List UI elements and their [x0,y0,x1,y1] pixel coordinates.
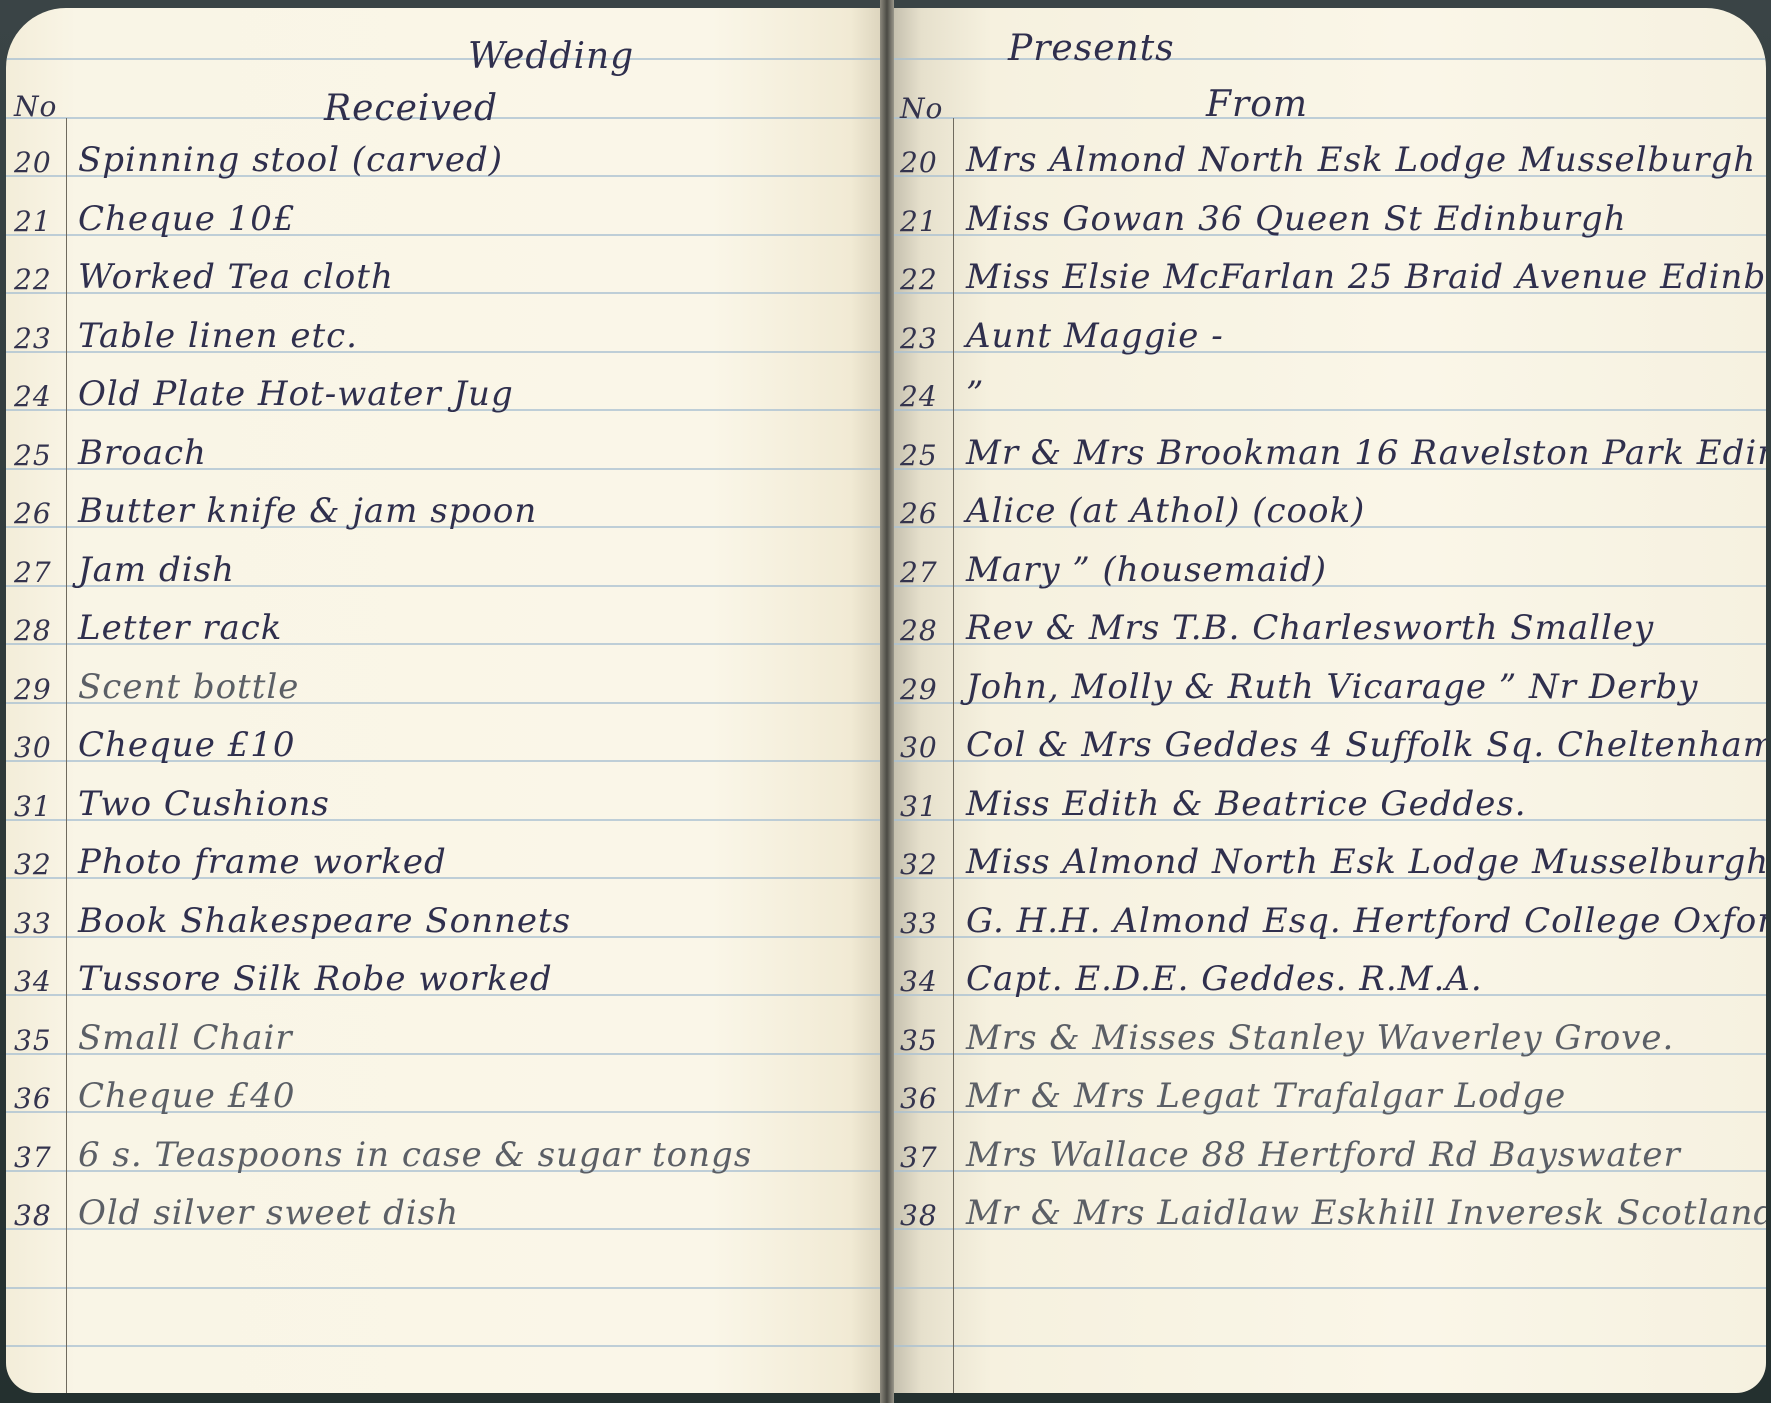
list-item: 22Worked Tea cloth [6,255,886,311]
entry-number: 23 [900,322,938,355]
ruled-line [886,117,1766,119]
entry-number: 29 [14,673,52,706]
entry-number: 27 [14,556,52,589]
gift-description: Two Cushions [78,784,330,824]
entry-number: 36 [14,1082,52,1115]
column-header-no: No [900,92,943,125]
page-title-presents: Presents [1008,28,1175,69]
entry-number: 21 [14,205,52,238]
list-item: 21Cheque 10£ [6,197,886,253]
list-item: 35Mrs & Misses Stanley Waverley Grove. [886,1016,1766,1072]
list-item: 30Col & Mrs Geddes 4 Suffolk Sq. Chelten… [886,723,1766,779]
giver-name-address: Aunt Maggie - [966,316,1224,356]
gift-description: Table linen etc. [78,316,358,356]
gift-description: Cheque £10 [78,725,296,765]
giver-name-address: Mrs Almond North Esk Lodge Musselburgh [966,140,1756,180]
list-item: 32Photo frame worked [6,840,886,896]
list-item: 35Small Chair [6,1016,886,1072]
gift-description: Photo frame worked [78,842,447,882]
entry-number: 34 [14,965,52,998]
list-item: 24Old Plate Hot-water Jug [6,372,886,428]
gift-description: Broach [78,433,207,473]
gift-description: Book Shakespeare Sonnets [78,901,571,941]
list-item: 30Cheque £10 [6,723,886,779]
entry-number: 38 [14,1199,52,1232]
list-item: 33G. H.H. Almond Esq. Hertford College O… [886,899,1766,955]
list-item: 25Broach [6,431,886,487]
giver-name-address: Miss Edith & Beatrice Geddes. [966,784,1527,824]
entry-number: 32 [900,848,938,881]
right-page: Presents No From 20Mrs Almond North Esk … [886,8,1766,1393]
list-item: 23Table linen etc. [6,314,886,370]
gift-description: Old Plate Hot-water Jug [78,374,514,414]
entry-number: 26 [14,497,52,530]
entry-number: 36 [900,1082,938,1115]
list-item: 29John, Molly & Ruth Vicarage ” Nr Derby [886,665,1766,721]
giver-name-address: Miss Almond North Esk Lodge Musselburgh [966,842,1766,882]
ruled-line [886,1345,1766,1347]
list-item: 38Old silver sweet dish [6,1191,886,1247]
list-item: 31Miss Edith & Beatrice Geddes. [886,782,1766,838]
entry-number: 20 [900,146,938,179]
giver-name-address: Mr & Mrs Laidlaw Eskhill Inveresk Scotla… [966,1193,1766,1233]
entry-number: 37 [900,1141,938,1174]
list-item: 26Alice (at Athol) (cook) [886,489,1766,545]
entry-number: 24 [900,380,938,413]
list-item: 29Scent bottle [6,665,886,721]
list-item: 20Spinning stool (carved) [6,138,886,194]
ruled-line [6,58,886,60]
giver-name-address: Rev & Mrs T.B. Charlesworth Smalley [966,608,1654,648]
giver-name-address: John, Molly & Ruth Vicarage ” Nr Derby [966,667,1698,707]
list-item: 25Mr & Mrs Brookman 16 Ravelston Park Ed… [886,431,1766,487]
giver-name-address: Miss Gowan 36 Queen St Edinburgh [966,199,1627,239]
entry-number: 33 [14,907,52,940]
list-item: 22Miss Elsie McFarlan 25 Braid Avenue Ed… [886,255,1766,311]
list-item: 28Rev & Mrs T.B. Charlesworth Smalley [886,606,1766,662]
giver-name-address: Mrs & Misses Stanley Waverley Grove. [966,1018,1674,1058]
column-header-no: No [14,90,57,123]
list-item: 376 s. Teaspoons in case & sugar tongs [6,1133,886,1189]
giver-name-address: Miss Elsie McFarlan 25 Braid Avenue Edin… [966,257,1766,297]
gift-description: Butter knife & jam spoon [78,491,537,531]
list-item: 33Book Shakespeare Sonnets [6,899,886,955]
gift-description: Scent bottle [78,667,299,707]
entry-number: 37 [14,1141,52,1174]
giver-name-address: Mary ” (housemaid) [966,550,1327,590]
gift-description: Tussore Silk Robe worked [78,959,553,999]
giver-name-address: Mr & Mrs Brookman 16 Ravelston Park Edin… [966,433,1766,473]
gift-description: Spinning stool (carved) [78,140,503,180]
list-item: 21Miss Gowan 36 Queen St Edinburgh [886,197,1766,253]
list-item: 27Mary ” (housemaid) [886,548,1766,604]
giver-name-address: Capt. E.D.E. Geddes. R.M.A. [966,959,1483,999]
list-item: 28Letter rack [6,606,886,662]
entry-number: 35 [14,1024,52,1057]
gift-description: Small Chair [78,1018,293,1058]
giver-name-address: Mr & Mrs Legat Trafalgar Lodge [966,1076,1566,1116]
list-item: 36Mr & Mrs Legat Trafalgar Lodge [886,1074,1766,1130]
entry-number: 33 [900,907,938,940]
entry-number: 35 [900,1024,938,1057]
entry-number: 28 [900,614,938,647]
column-header-received: Received [324,88,498,129]
entry-number: 30 [14,731,52,764]
gift-description: Jam dish [78,550,235,590]
giver-name-address: Mrs Wallace 88 Hertford Rd Bayswater [966,1135,1681,1175]
giver-name-address: ” [966,374,984,414]
entry-number: 22 [900,263,938,296]
entry-number: 29 [900,673,938,706]
list-item: 34Tussore Silk Robe worked [6,957,886,1013]
list-item: 26Butter knife & jam spoon [6,489,886,545]
list-item: 36Cheque £40 [6,1074,886,1130]
entry-number: 28 [14,614,52,647]
entry-number: 22 [14,263,52,296]
entry-number: 38 [900,1199,938,1232]
entry-number: 25 [900,439,938,472]
page-title-wedding: Wedding [468,36,634,77]
ruled-line [6,1345,886,1347]
gift-description: 6 s. Teaspoons in case & sugar tongs [78,1135,752,1175]
list-item: 20Mrs Almond North Esk Lodge Musselburgh [886,138,1766,194]
column-header-from: From [1206,84,1308,125]
entry-number: 21 [900,205,938,238]
entry-number: 23 [14,322,52,355]
list-item: 24” [886,372,1766,428]
entry-number: 31 [14,790,52,823]
notebook-spread: Wedding No Received 20Spinning stool (ca… [0,0,1771,1403]
entry-number: 20 [14,146,52,179]
giver-name-address: Alice (at Athol) (cook) [966,491,1365,531]
entry-number: 30 [900,731,938,764]
list-item: 31Two Cushions [6,782,886,838]
gift-description: Letter rack [78,608,282,648]
list-item: 38Mr & Mrs Laidlaw Eskhill Inveresk Scot… [886,1191,1766,1247]
entry-number: 26 [900,497,938,530]
list-item: 32Miss Almond North Esk Lodge Musselburg… [886,840,1766,896]
left-page: Wedding No Received 20Spinning stool (ca… [6,8,886,1393]
ruled-line [6,1287,886,1289]
list-item: 37Mrs Wallace 88 Hertford Rd Bayswater [886,1133,1766,1189]
list-item: 34Capt. E.D.E. Geddes. R.M.A. [886,957,1766,1013]
giver-name-address: Col & Mrs Geddes 4 Suffolk Sq. Cheltenha… [966,725,1766,765]
gift-description: Old silver sweet dish [78,1193,459,1233]
list-item: 23Aunt Maggie - [886,314,1766,370]
entry-number: 34 [900,965,938,998]
entry-number: 32 [14,848,52,881]
ruled-line [886,1287,1766,1289]
entry-number: 31 [900,790,938,823]
entry-number: 27 [900,556,938,589]
list-item: 27Jam dish [6,548,886,604]
entry-number: 25 [14,439,52,472]
gift-description: Cheque 10£ [78,199,296,239]
gift-description: Cheque £40 [78,1076,296,1116]
entry-number: 24 [14,380,52,413]
book-gutter [880,0,894,1403]
giver-name-address: G. H.H. Almond Esq. Hertford College Oxf… [966,901,1766,941]
gift-description: Worked Tea cloth [78,257,394,297]
